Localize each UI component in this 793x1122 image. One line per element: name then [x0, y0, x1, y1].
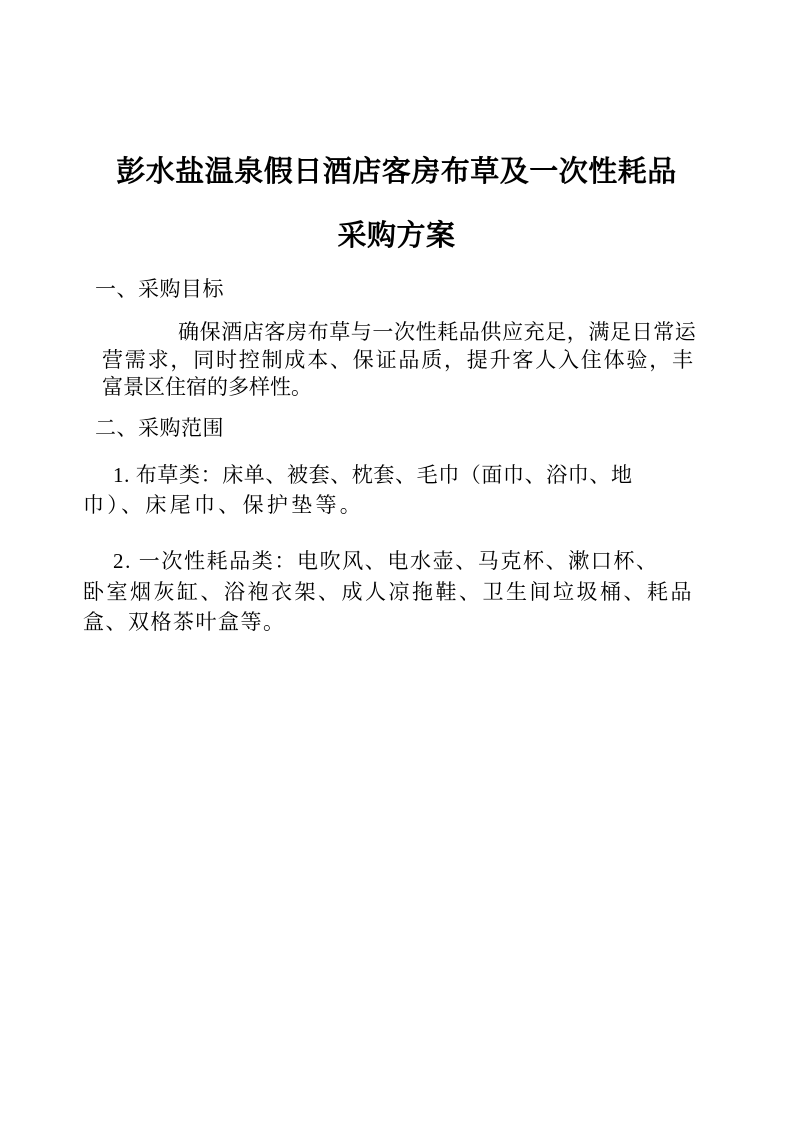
list-item-linen: 1. 布草类：床单、被套、枕套、毛巾（面巾、浴巾、地 巾）、床尾巾、保护垫等。 — [83, 460, 708, 520]
paragraph-line: 富景区住宿的多样性。 — [102, 374, 702, 402]
list-item-line: 巾）、床尾巾、保护垫等。 — [83, 490, 708, 520]
list-item-disposables: 2. 一次性耗品类：电吹风、电水壶、马克杯、漱口杯、 卧室烟灰缸、浴袍衣架、成人… — [83, 546, 708, 638]
list-item-line: 卧室烟灰缸、浴袍衣架、成人凉拖鞋、卫生间垃圾桶、耗品 — [83, 577, 708, 608]
document-title-line-2: 采购方案 — [0, 220, 793, 252]
paragraph-line: 营需求，同时控制成本、保证品质，提升客人入住体验，丰 — [102, 347, 702, 375]
list-item-line: 盒、双格茶叶盒等。 — [83, 607, 708, 638]
list-item-line: 1. 布草类：床单、被套、枕套、毛巾（面巾、浴巾、地 — [83, 460, 708, 490]
section-2-heading: 二、采购范围 — [95, 417, 224, 439]
section-1-paragraph: 确保酒店客房布草与一次性耗品供应充足，满足日常运 营需求，同时控制成本、保证品质… — [102, 319, 702, 402]
document-page: 彭水盐温泉假日酒店客房布草及一次性耗品 采购方案 一、采购目标 确保酒店客房布草… — [0, 0, 793, 1122]
paragraph-line: 确保酒店客房布草与一次性耗品供应充足，满足日常运 — [102, 319, 702, 347]
document-title-line-1: 彭水盐温泉假日酒店客房布草及一次性耗品 — [0, 156, 793, 188]
list-item-line: 2. 一次性耗品类：电吹风、电水壶、马克杯、漱口杯、 — [83, 546, 708, 577]
section-1-heading: 一、采购目标 — [95, 278, 224, 300]
